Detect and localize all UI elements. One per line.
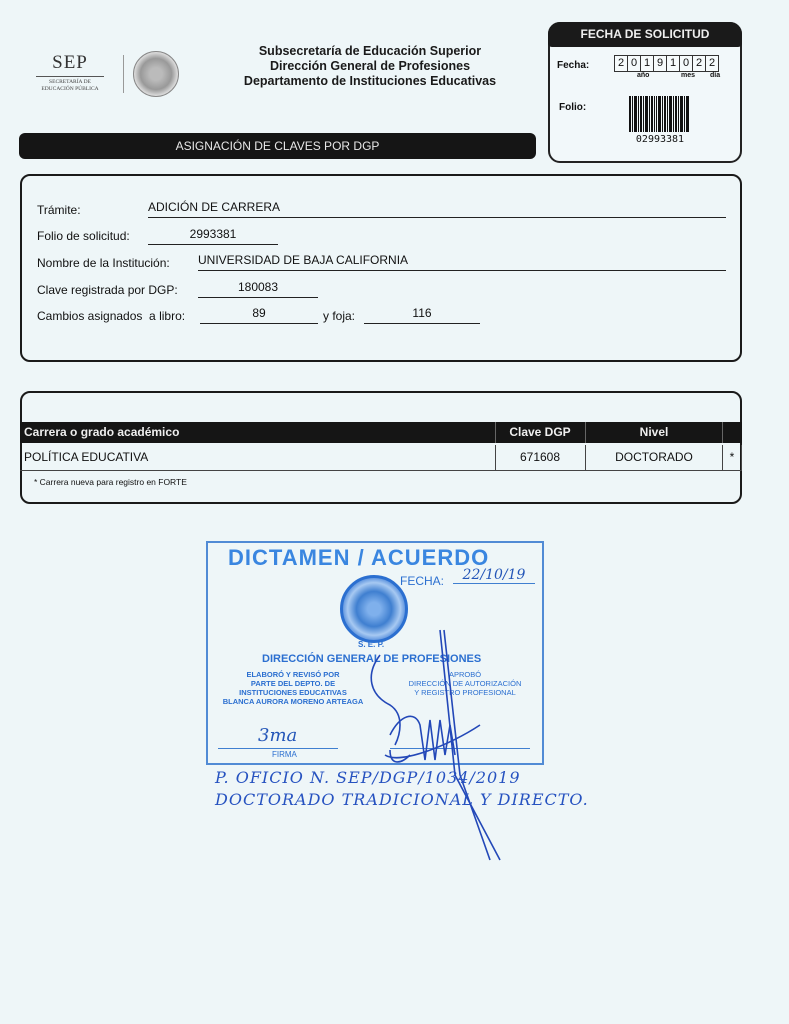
date-digit: 1 xyxy=(640,55,654,72)
logo-subtitle-2: EDUCACIÓN PÚBLICA xyxy=(30,86,110,93)
handwritten-line-1: P. OFICIO N. SEP/DGP/1034/2019 xyxy=(215,768,521,787)
header-nivel: Nivel xyxy=(586,422,722,443)
signature-icon xyxy=(360,625,510,865)
table-footnote: * Carrera nueva para registro en FORTE xyxy=(34,477,187,487)
date-digit: 1 xyxy=(666,55,680,72)
cell-clave: 671608 xyxy=(496,445,584,470)
institucion-value: UNIVERSIDAD DE BAJA CALIFORNIA xyxy=(198,253,726,271)
firma-line-left xyxy=(218,748,338,749)
section-title-bar: ASIGNACIÓN DE CLAVES POR DGP xyxy=(19,133,536,159)
clave-value: 180083 xyxy=(198,280,318,298)
tramite-label: Trámite: xyxy=(37,203,81,217)
stamp-initials: 3ma xyxy=(258,725,297,746)
foja-label: y foja: xyxy=(323,309,355,323)
header-line-1: Subsecretaría de Educación Superior xyxy=(200,44,540,59)
stamp-fecha-value: 22/10/19 xyxy=(453,567,535,584)
barcode-icon xyxy=(629,96,689,132)
logo-divider xyxy=(36,76,104,77)
date-digit: 2 xyxy=(692,55,706,72)
libro-label: Cambios asignados a libro: xyxy=(37,309,185,323)
stamp-firma-label: FIRMA xyxy=(272,750,297,759)
date-digit: 9 xyxy=(653,55,667,72)
sep-logo-text: SEP xyxy=(30,52,110,74)
header-line-3: Departamento de Instituciones Educativas xyxy=(200,74,540,89)
stamp-title: DICTAMEN / ACUERDO xyxy=(228,545,489,571)
date-digit: 0 xyxy=(627,55,641,72)
month-label: mes xyxy=(681,72,695,79)
header-clave: Clave DGP xyxy=(496,422,584,443)
libro-value: 89 xyxy=(200,306,318,324)
date-digit: 2 xyxy=(614,55,628,72)
foja-value: 116 xyxy=(364,306,480,324)
stamp-left-line: BLANCA AURORA MORENO ARTEAGA xyxy=(218,697,368,706)
folio-label: Folio: xyxy=(559,102,586,113)
stamp-elaboro: ELABORÓ Y REVISÓ POR PARTE DEL DEPTO. DE… xyxy=(218,670,368,706)
date-digit: 2 xyxy=(705,55,719,72)
handwritten-line-2: DOCTORADO TRADICIONAL Y DIRECTO. xyxy=(215,790,589,809)
fecha-label: Fecha: xyxy=(557,60,589,71)
date-digit: 0 xyxy=(679,55,693,72)
sep-logo: SEP SECRETARÍA DE EDUCACIÓN PÚBLICA xyxy=(30,52,110,93)
national-seal-icon xyxy=(133,51,179,97)
header-line-2: Dirección General de Profesiones xyxy=(200,59,540,74)
logo-subtitle-1: SECRETARÍA DE xyxy=(30,79,110,86)
fecha-solicitud-title: FECHA DE SOLICITUD xyxy=(548,22,742,47)
barcode-number: 02993381 xyxy=(628,134,692,145)
institucion-label: Nombre de la Institución: xyxy=(37,256,170,270)
folio-solicitud-value: 2993381 xyxy=(148,227,278,245)
folio-solicitud-label: Folio de solicitud: xyxy=(37,229,130,243)
stamp-left-line: PARTE DEL DEPTO. DE xyxy=(218,679,368,688)
cell-carrera: POLÍTICA EDUCATIVA xyxy=(24,445,148,470)
date-digits: 2 0 1 9 1 0 2 2 xyxy=(615,55,719,72)
header-carrera: Carrera o grado académico xyxy=(24,422,179,443)
header-divider xyxy=(123,55,124,93)
stamp-fecha-label: FECHA: xyxy=(400,574,444,588)
stamp-left-line: ELABORÓ Y REVISÓ POR xyxy=(218,670,368,679)
cell-mark: * xyxy=(723,445,741,470)
table-header: Carrera o grado académico Clave DGP Nive… xyxy=(20,422,742,443)
header-titles: Subsecretaría de Educación Superior Dire… xyxy=(200,44,540,89)
table-row: POLÍTICA EDUCATIVA 671608 DOCTORADO * xyxy=(20,445,742,471)
stamp-left-line: INSTITUCIONES EDUCATIVAS xyxy=(218,688,368,697)
clave-label: Clave registrada por DGP: xyxy=(37,283,178,297)
day-label: día xyxy=(710,72,720,79)
tramite-value: ADICIÓN DE CARRERA xyxy=(148,200,726,218)
cell-nivel: DOCTORADO xyxy=(586,445,722,470)
year-label: año xyxy=(637,72,649,79)
